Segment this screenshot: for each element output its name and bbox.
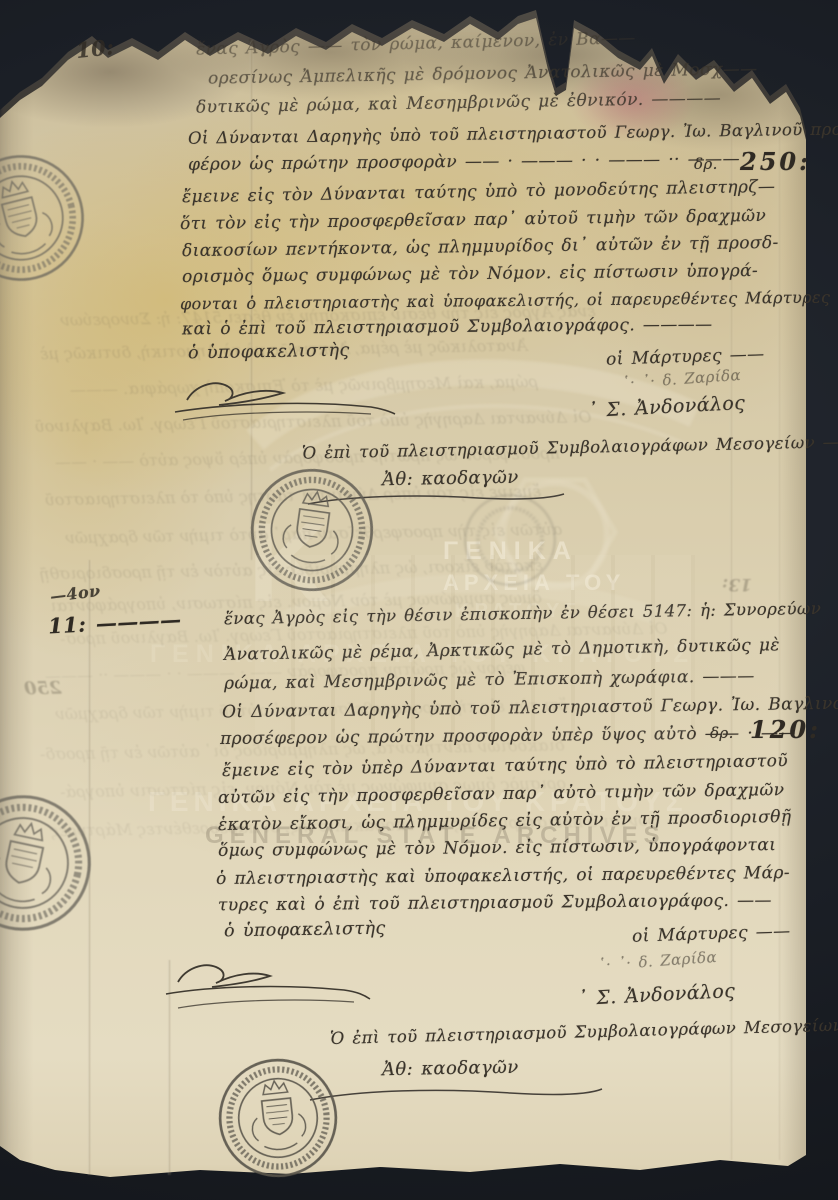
- entry2-notary-signature: Ἀθ: καοδαγῶν: [382, 1057, 519, 1080]
- entry1-amount-label: δρ.: [694, 155, 718, 173]
- scanned-manuscript-page: K ΓΕΝΙΚΑ ΑΡΧΕΙΑ ΤΟΥ ΚΡΑΤΟΥΣ ΓΕΝΙΚΑ ΑΡΧΕΙ…: [0, 0, 838, 1200]
- entry1-amount: 250:: [740, 147, 811, 176]
- entry2-closing-left: ὁ ὑποφακελιστὴς: [224, 919, 386, 942]
- entry2-amount-label: δρ.: [710, 724, 734, 742]
- official-signature-flourish: [158, 952, 378, 1014]
- notary-flourish: [300, 1086, 610, 1108]
- entry2-amount: 120:: [750, 715, 821, 744]
- round-ink-stamp: [239, 454, 385, 606]
- round-ink-stamp-bleedthrough: [462, 492, 558, 588]
- entry1-notary-signature: Ἀθ: καοδαγῶν: [382, 467, 519, 490]
- entry1-closing-left: ὁ ὑποφακελιστὴς: [188, 341, 350, 364]
- entry1-margin-number: 10:: [75, 34, 116, 63]
- round-ink-stamp: [210, 1050, 346, 1186]
- official-signature-flourish: [165, 368, 400, 426]
